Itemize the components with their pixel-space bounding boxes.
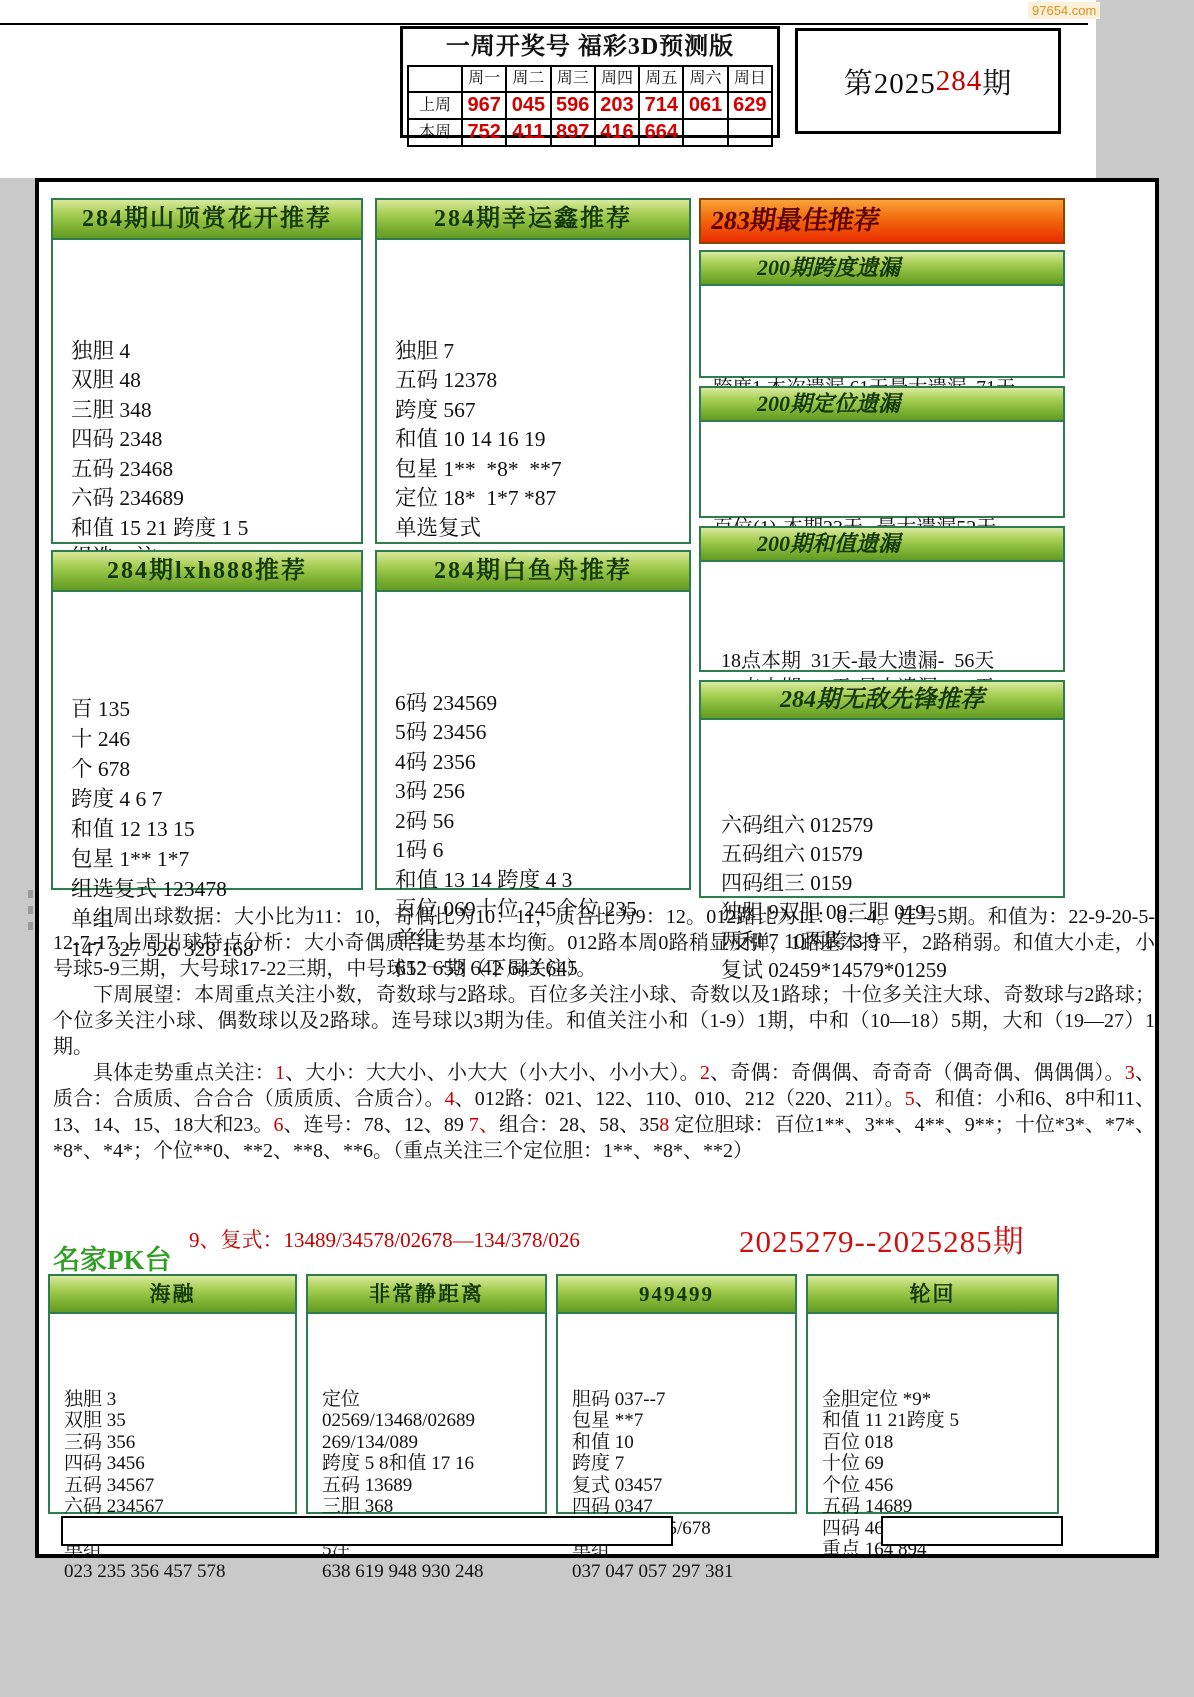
recommendation-line: 和值 12 13 15	[71, 814, 361, 844]
recommendation-line: 胆码 037--7	[572, 1389, 795, 1411]
recommendation-line: 六码组六 012579	[721, 811, 1063, 840]
draw-number: 596	[552, 93, 596, 120]
recommendation-line: 三胆 348	[71, 396, 361, 426]
recommendation-line: 跨度 567	[395, 396, 689, 426]
recommendation-line: 6码 234569	[395, 689, 689, 719]
bottom-box-left	[61, 1516, 673, 1546]
box-lxh888: 284期lxh888推荐 百 135十 246个 678跨度 4 6 7和值 1…	[51, 550, 363, 890]
recommendation-line: 五码 34567	[64, 1475, 295, 1497]
recommendation-line: 百 135	[71, 694, 361, 724]
weekday-label: 周日	[729, 67, 773, 93]
analysis-paragraph-lastweek: 上周出球数据：大小比为11：10，奇偶比为10：11，质合比为9：12。012路…	[53, 904, 1155, 982]
recommendation-line: 个 678	[71, 754, 361, 784]
issue-suffix: 期	[982, 61, 1012, 102]
week-table-thisweek-row: 本周 752411897416664	[409, 120, 773, 147]
draw-number: 416	[596, 120, 640, 147]
draw-number: 897	[552, 120, 596, 147]
box-kuadu-title: 200期跨度遗漏	[701, 252, 1063, 286]
recommendation-line: 五码 14689	[822, 1496, 1057, 1518]
recommendation-line: 和值 13 14 跨度 4 3	[395, 866, 689, 896]
draw-number: 629	[729, 93, 773, 120]
recommendation-line: 包星 1** *8* **7	[395, 455, 689, 485]
pk-box-feichangjingjuli: 非常静距离 定位02569/13468/02689269/134/089跨度 5…	[306, 1274, 547, 1514]
box-hezhi-omission: 200期和值遗漏 18点本期 31天-最大遗漏- 56天15点本期 18天-最大…	[699, 526, 1065, 672]
recommendation-line: 独胆 4	[71, 337, 361, 367]
draw-number	[729, 120, 773, 147]
week-table-title: 一周开奖号 福彩3D预测版	[403, 31, 777, 63]
box-dingwei-title: 200期定位遗漏	[701, 388, 1063, 422]
recommendation-line: 和值 11 21跨度 5	[822, 1410, 1057, 1432]
recommendation-line: 包星 **7	[572, 1410, 795, 1432]
recommendation-line: 三胆 368	[322, 1496, 545, 1518]
margin-marks	[28, 890, 34, 950]
week-table-corner	[409, 67, 463, 93]
recommendation-line: 3码 256	[395, 777, 689, 807]
recommendation-line: 5码 23456	[395, 718, 689, 748]
box-shanding-title: 284期山顶赏花开推荐	[53, 200, 361, 240]
issue-number: 284	[936, 65, 983, 98]
recommendation-line: 037 047 057 297 381	[572, 1561, 795, 1583]
pk-box-lunhui-title: 轮回	[808, 1276, 1057, 1314]
recommendation-line: 五码组六 01579	[721, 840, 1063, 869]
recommendation-line: 四码 0347	[572, 1496, 795, 1518]
analysis-text: 上周出球数据：大小比为11：10，奇偶比为10：11，质合比为9：12。012路…	[53, 904, 1155, 1164]
recommendation-line: 五码 12378	[395, 366, 689, 396]
weekday-label: 周五	[640, 67, 684, 93]
box-shanding: 284期山顶赏花开推荐 独胆 4双胆 48三胆 348四码 2348五码 234…	[51, 198, 363, 544]
week-table: 一周开奖号 福彩3D预测版 周一周二周三周四周五周六周日 上周 96704559…	[400, 26, 780, 138]
recommendation-line: 和值 10	[572, 1432, 795, 1454]
recommendation-line: 百位 018	[822, 1432, 1057, 1454]
recommendation-line: 五码 13689	[322, 1475, 545, 1497]
recommendation-line: 组选复式 123478	[71, 874, 361, 904]
weekday-label: 周四	[596, 67, 640, 93]
week-table-header-row: 周一周二周三周四周五周六周日	[409, 67, 773, 93]
weekday-label: 周二	[507, 67, 551, 93]
weekday-label: 周一	[463, 67, 507, 93]
recommendation-line: 和值 15 21 跨度 1 5	[71, 514, 361, 544]
draw-number: 045	[507, 93, 551, 120]
box-xingyunxin-title: 284期幸运鑫推荐	[377, 200, 689, 240]
box-wudi-title: 284期无敌先锋推荐	[701, 682, 1063, 720]
recommendation-line: 复式 03457	[572, 1475, 795, 1497]
analysis-paragraph-outlook: 下周展望：本周重点关注小数，奇数球与2路球。百位多关注小球、奇数以及1路球；十位…	[53, 982, 1155, 1060]
week-table-grid: 周一周二周三周四周五周六周日 上周 967045596203714061629 …	[407, 65, 773, 147]
week-table-lastweek-row: 上周 967045596203714061629	[409, 93, 773, 120]
weekday-label: 周六	[684, 67, 728, 93]
recommendation-line: 定位 18* 1*7 *87	[395, 484, 689, 514]
box-kuadu-omission: 200期跨度遗漏 跨度1 本次遗漏 61天最大遗漏 71天跨度9 本次遗漏 33…	[699, 250, 1065, 378]
pk-box-949499: 949499 胆码 037--7包星 **7和值 10跨度 7复式 03457四…	[556, 1274, 797, 1514]
pk-section-title: 名家PK台	[53, 1238, 172, 1277]
box-baiyuzhou: 284期白鱼舟推荐 6码 2345695码 234564码 23563码 256…	[375, 550, 691, 890]
bottom-box-right	[881, 1516, 1063, 1546]
draw-number	[684, 120, 728, 147]
recommendation-line: 单选复式	[395, 514, 689, 544]
recommendation-line: 跨度 4 6 7	[71, 784, 361, 814]
box-hezhi-title: 200期和值遗漏	[701, 528, 1063, 562]
gray-corner	[1096, 0, 1194, 178]
main-panel: 284期山顶赏花开推荐 独胆 4双胆 48三胆 348四码 2348五码 234…	[35, 178, 1159, 1558]
pk-box-hairong: 海融 独胆 3双胆 35三码 356四码 3456五码 34567六码 2345…	[48, 1274, 297, 1514]
pk-box-hairong-title: 海融	[50, 1276, 295, 1314]
top-rule	[0, 23, 1088, 25]
recommendation-line: 1码 6	[395, 836, 689, 866]
recommendation-line: 跨度 5 8和值 17 16	[322, 1453, 545, 1475]
weekday-label: 周三	[552, 67, 596, 93]
recommendation-line: 十位 69	[822, 1453, 1057, 1475]
box-baiyuzhou-title: 284期白鱼舟推荐	[377, 552, 689, 592]
recommendation-line: 四码组三 0159	[721, 869, 1063, 898]
draw-number: 752	[463, 120, 507, 147]
recommendation-line: 独胆 3	[64, 1389, 295, 1411]
row-label: 本周	[409, 120, 463, 147]
analysis-paragraph-focus: 具体走势重点关注：1、大小：大大小、小大大（小大小、小小大）。2、奇偶：奇偶偶、…	[53, 1060, 1155, 1164]
recommendation-line: 02569/13468/02689	[322, 1410, 545, 1432]
omission-line: 18点本期 31天-最大遗漏- 56天	[721, 648, 1063, 675]
recommendation-line: 三码 356	[64, 1432, 295, 1454]
box-wudi: 284期无敌先锋推荐 六码组六 012579五码组六 01579四码组三 015…	[699, 680, 1065, 898]
draw-number: 203	[596, 93, 640, 120]
recommendation-line: 五码 23468	[71, 455, 361, 485]
draw-number: 714	[640, 93, 684, 120]
issue-number-box: 第2025284期	[795, 28, 1061, 134]
issue-prefix: 第2025	[844, 61, 936, 102]
draw-number: 967	[463, 93, 507, 120]
recommendation-line: 双胆 35	[64, 1410, 295, 1432]
recommendation-line: 个位 456	[822, 1475, 1057, 1497]
recommendation-line: 十 246	[71, 724, 361, 754]
draw-number: 664	[640, 120, 684, 147]
draw-number: 411	[507, 120, 551, 147]
pk-box-949499-title: 949499	[558, 1276, 795, 1314]
best-recommend-header: 283期最佳推荐	[699, 198, 1065, 244]
recommendation-line: 四码 3456	[64, 1453, 295, 1475]
recommendation-line: 六码 234567	[64, 1496, 295, 1518]
best-recommend-title: 283期最佳推荐	[708, 200, 883, 242]
recommendation-line: 023 235 356 457 578	[64, 1561, 295, 1583]
recommendation-line: 独胆 7	[395, 337, 689, 367]
recommendation-line: 跨度 7	[572, 1453, 795, 1475]
recommendation-line: 4码 2356	[395, 748, 689, 778]
recommendation-line: 包星 1** 1*7	[71, 844, 361, 874]
box-xingyunxin: 284期幸运鑫推荐 独胆 7五码 12378跨度 567和值 10 14 16 …	[375, 198, 691, 544]
draw-number: 061	[684, 93, 728, 120]
recommendation-line: 四码 2348	[71, 425, 361, 455]
row-label: 上周	[409, 93, 463, 120]
recommendation-line: 2码 56	[395, 807, 689, 837]
watermark-link[interactable]: 97654.com	[1028, 2, 1100, 19]
pk-box-lunhui: 轮回 金胆定位 *9*和值 11 21跨度 5百位 018十位 69个位 456…	[806, 1274, 1059, 1514]
recommendation-line: 金胆定位 *9*	[822, 1389, 1057, 1411]
box-lxh888-title: 284期lxh888推荐	[53, 552, 361, 592]
recommendation-line: 和值 10 14 16 19	[395, 425, 689, 455]
recommendation-line: 六码 234689	[71, 484, 361, 514]
recommendation-line: 定位	[322, 1389, 545, 1411]
issue-range: 2025279--2025285期	[739, 1216, 1025, 1261]
box-dingwei-omission: 200期定位遗漏 百位(1)-本期23天--最大遗漏52天十位(8)-本期57天…	[699, 386, 1065, 518]
recommendation-line: 269/134/089	[322, 1432, 545, 1454]
recommendation-line: 双胆 48	[71, 366, 361, 396]
recommendation-line: 638 619 948 930 248	[322, 1561, 545, 1583]
pk-box-feichangjingjuli-title: 非常静距离	[308, 1276, 545, 1314]
fushi-red-line: 9、复式：13489/34578/02678—134/378/026	[189, 1224, 580, 1254]
